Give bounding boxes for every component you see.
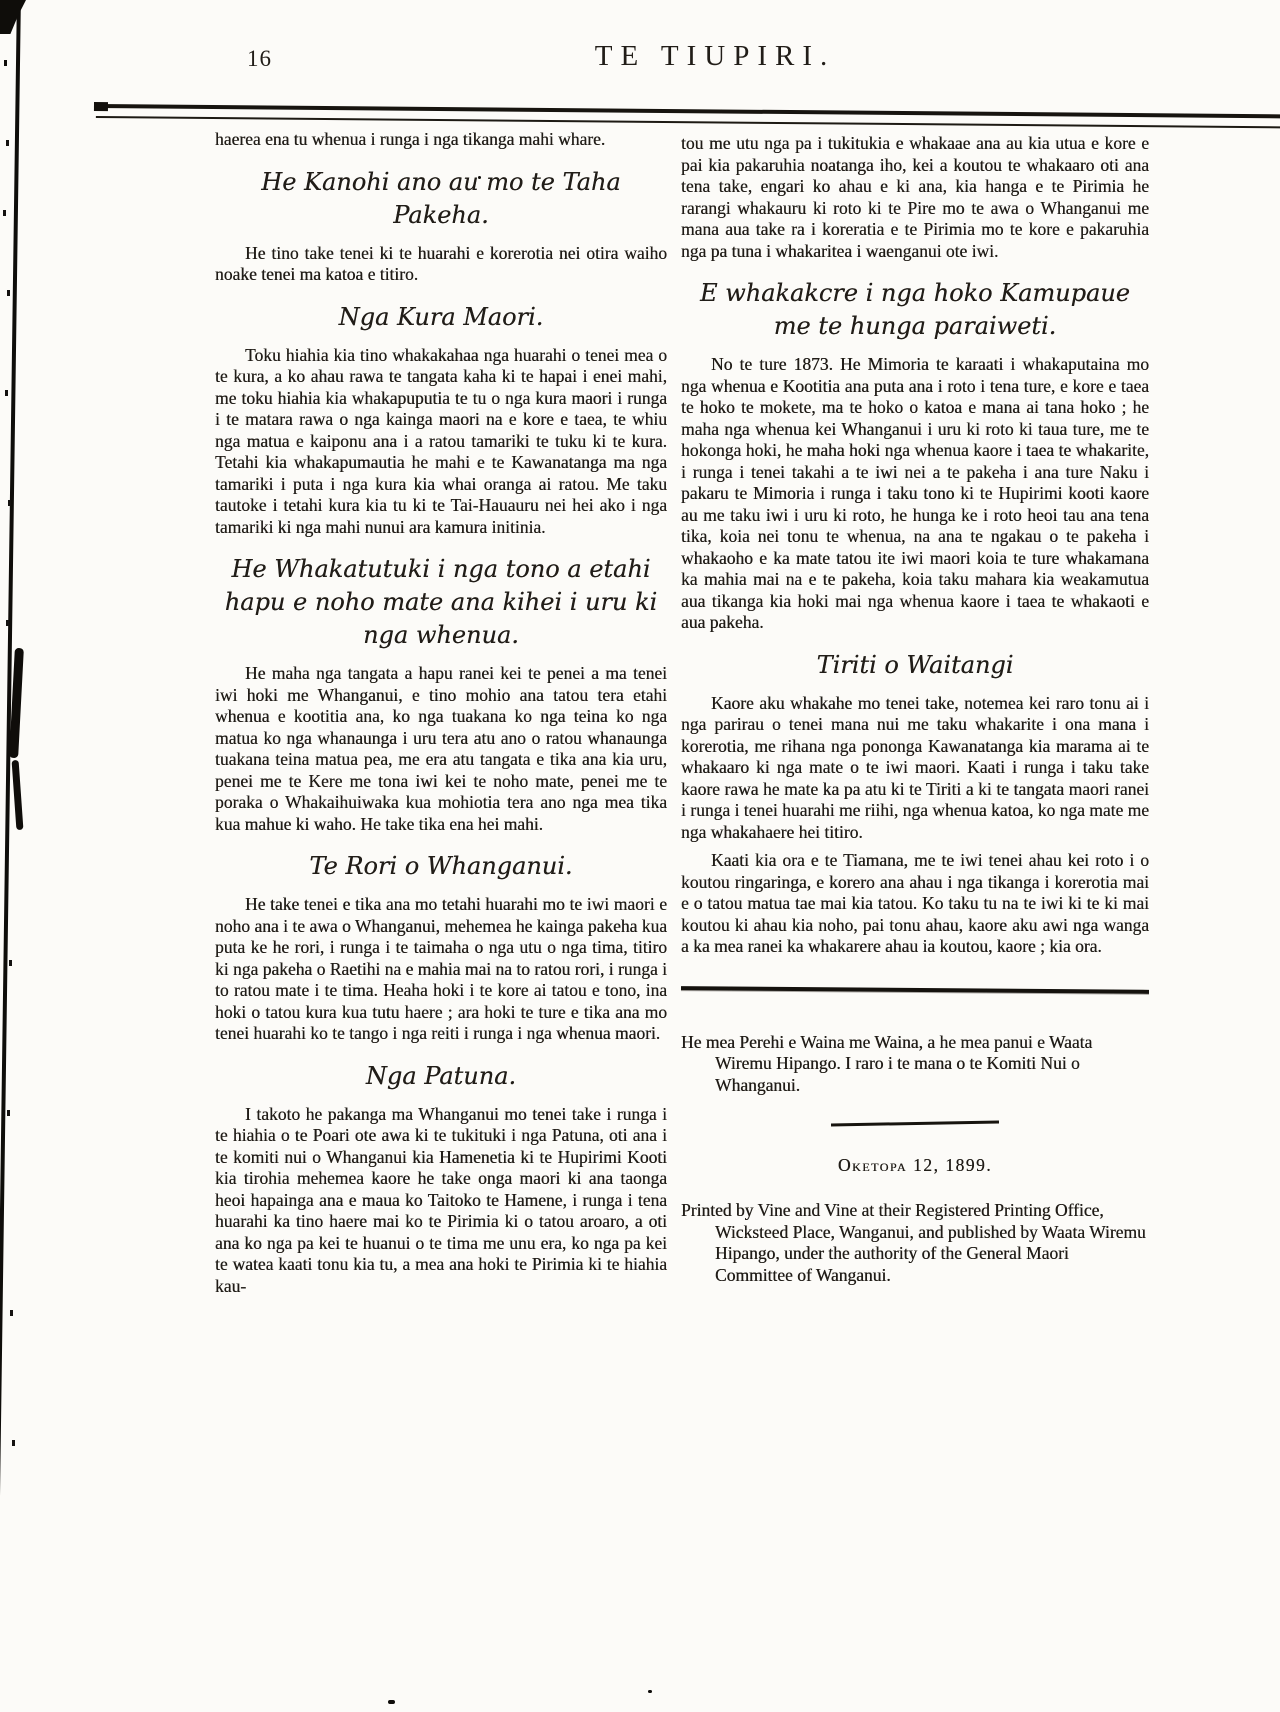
imprint-english: Printed by Vine and Vine at their Regist… [681, 1200, 1149, 1286]
paragraph: Kaati kia ora e te Tiamana, me te iwi te… [681, 850, 1149, 958]
section-heading: Nga Kura Maori. [215, 301, 667, 334]
paragraph: He take tenei e tika ana mo tetahi huara… [215, 894, 667, 1045]
paragraph: I takoto he pakanga ma Whanganui mo tene… [215, 1104, 667, 1298]
scan-bottom-mark [388, 1700, 395, 1704]
section-heading: He Whakatutuki i nga tono a etahi hapu e… [215, 553, 667, 652]
imprint-maori: He mea Perehi e Waina me Waina, a he mea… [681, 1032, 1149, 1097]
date-line: Oketopa 12, 1899. [681, 1155, 1149, 1177]
divider-rule [831, 1121, 999, 1126]
section-heading: E whakakcre i nga hoko Kamupaue me te hu… [681, 277, 1149, 343]
scan-corner-mark [0, 0, 26, 34]
paragraph: No te ture 1873. He Mimoria te karaati i… [681, 354, 1149, 634]
paragraph: He tino take tenei ki te huarahi e korer… [215, 243, 667, 286]
newspaper-page: 16 TE TIUPIRI. haerea ena tu whenua i ru… [0, 0, 1280, 1712]
paragraph: haerea ena tu whenua i runga i nga tikan… [215, 129, 667, 151]
section-heading: Nga Patuna. [215, 1060, 667, 1093]
scan-bottom-mark [648, 1690, 652, 1693]
footer-rule [681, 986, 1149, 994]
right-column: tou me utu nga pa i tukitukia e whakaae … [681, 133, 1149, 1293]
paragraph: He maha nga tangata a hapu ranei kei te … [215, 663, 667, 835]
header-rule [96, 104, 1280, 128]
paragraph: tou me utu nga pa i tukitukia e whakaae … [681, 133, 1149, 262]
masthead-title: TE TIUPIRI. [150, 40, 1280, 73]
scan-specks [4, 60, 7, 66]
section-heading: Tiriti o Waitangi [681, 649, 1149, 682]
section-heading: Te Rori o Whanganui. [215, 850, 667, 883]
left-column: haerea ena tu whenua i runga i nga tikan… [215, 129, 667, 1304]
scan-ink-blob [12, 760, 24, 830]
paragraph: Toku hiahia kia tino whakakahaa nga huar… [215, 345, 667, 539]
paragraph: Kaore aku whakahe mo tenei take, notemea… [681, 693, 1149, 844]
section-heading: He Kanohi ano au mo te Taha Pakeha. [215, 166, 667, 232]
